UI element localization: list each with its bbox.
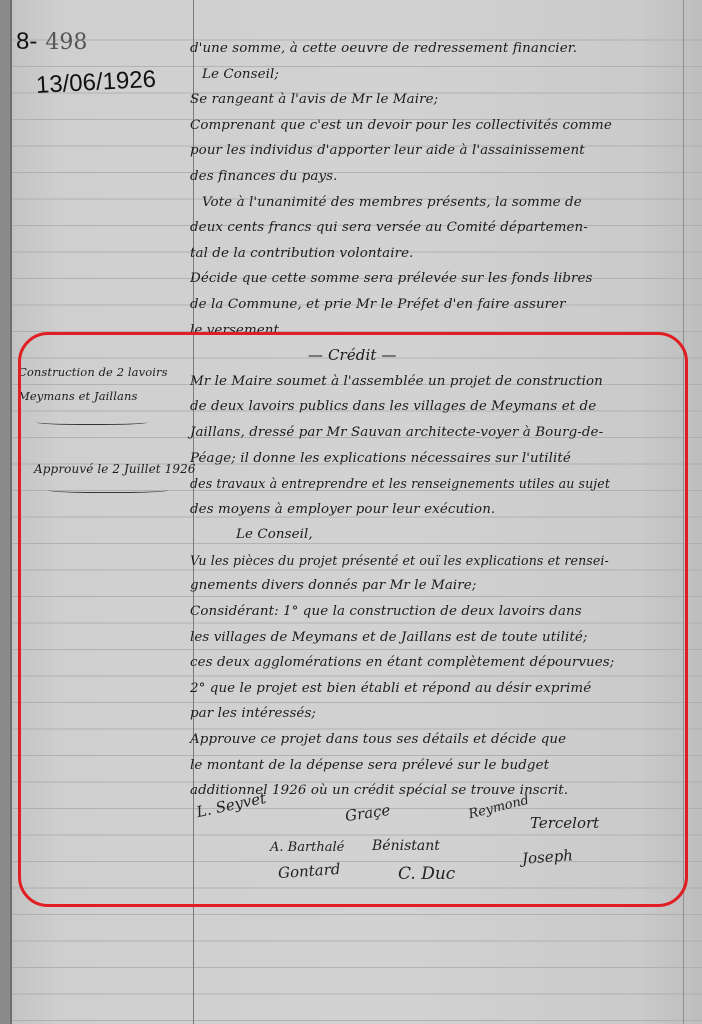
- highlight-annotation: [18, 332, 688, 907]
- register-page: 8-498 13/06/1926 d'une somme, à cette oe…: [0, 0, 702, 1024]
